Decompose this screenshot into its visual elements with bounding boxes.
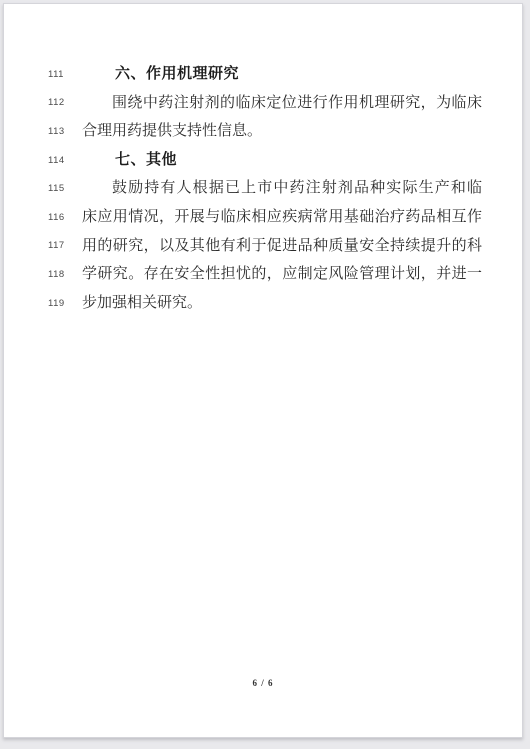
line-text: 床应用情况，开展与临床相应疾病常用基础治疗药品相互作 (82, 203, 482, 232)
line-text: 学研究。存在安全性担忧的，应制定风险管理计划，并进一 (82, 260, 482, 289)
section-heading: 六、作用机理研究 (82, 60, 482, 89)
section-heading: 七、其他 (82, 146, 482, 175)
document-line: 113 合理用药提供支持性信息。 (48, 117, 522, 146)
line-number: 115 (48, 183, 70, 194)
viewer-background: 111 六、作用机理研究 112 围绕中药注射剂的临床定位进行作用机理研究，为临… (0, 0, 530, 749)
line-number: 118 (48, 269, 70, 280)
page-number: 6 / 6 (4, 678, 522, 688)
line-text: 围绕中药注射剂的临床定位进行作用机理研究，为临床 (82, 89, 482, 118)
line-number: 113 (48, 126, 70, 137)
line-number: 114 (48, 155, 70, 166)
document-line: 111 六、作用机理研究 (48, 60, 522, 89)
document-line: 114 七、其他 (48, 146, 522, 175)
line-text: 鼓励持有人根据已上市中药注射剂品种实际生产和临 (82, 174, 482, 203)
line-number: 112 (48, 97, 70, 108)
line-text: 合理用药提供支持性信息。 (82, 117, 482, 146)
document-line: 115 鼓励持有人根据已上市中药注射剂品种实际生产和临 (48, 174, 522, 203)
line-number: 116 (48, 212, 70, 223)
document-line: 119 步加强相关研究。 (48, 289, 522, 318)
line-text: 步加强相关研究。 (82, 289, 482, 318)
line-number: 111 (48, 69, 70, 80)
document-content: 111 六、作用机理研究 112 围绕中药注射剂的临床定位进行作用机理研究，为临… (4, 60, 522, 317)
line-number: 119 (48, 298, 70, 309)
line-number: 117 (48, 240, 70, 251)
line-text: 用的研究，以及其他有利于促进品种质量安全持续提升的科 (82, 232, 482, 261)
document-page: 111 六、作用机理研究 112 围绕中药注射剂的临床定位进行作用机理研究，为临… (3, 3, 523, 738)
document-line: 116 床应用情况，开展与临床相应疾病常用基础治疗药品相互作 (48, 203, 522, 232)
document-line: 117 用的研究，以及其他有利于促进品种质量安全持续提升的科 (48, 232, 522, 261)
document-line: 112 围绕中药注射剂的临床定位进行作用机理研究，为临床 (48, 89, 522, 118)
document-line: 118 学研究。存在安全性担忧的，应制定风险管理计划，并进一 (48, 260, 522, 289)
